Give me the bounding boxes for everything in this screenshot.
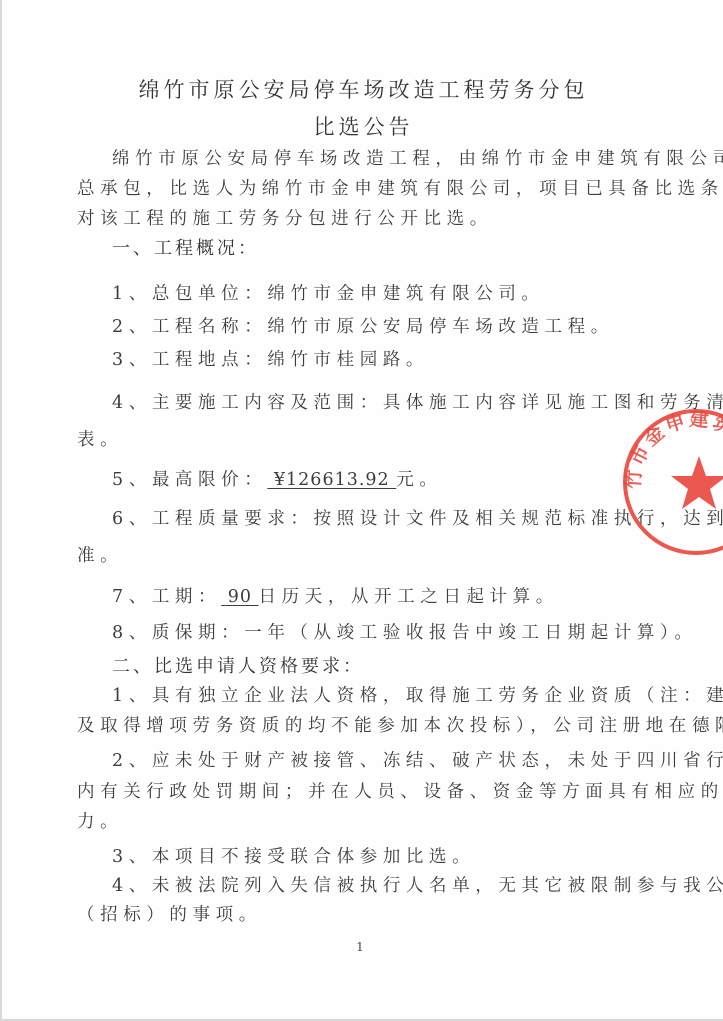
list-item: 8、质保期：一年（从竣工验收报告中竣工日期起计算）。 xyxy=(112,622,687,644)
document-title-line2: 比选公告 xyxy=(2,111,723,141)
max-price-value: ¥126613.92 xyxy=(267,470,396,490)
list-item-continuation: 及取得增项劳务资质的均不能参加本次投标），公司注册地在德阳市境内。 xyxy=(77,715,652,737)
page-number: 1 xyxy=(352,940,368,954)
duration-unit: 日历天，从开工之日起计算。 xyxy=(259,587,559,607)
list-item-duration: 7、工期： 90 日历天，从开工之日起计算。 xyxy=(112,586,687,608)
document-page: 绵竹市原公安局停车场改造工程劳务分包 比选公告 绵竹市原公安局停车场改造工程，由… xyxy=(0,0,723,1021)
duration-label: 7、工期： xyxy=(112,587,221,607)
list-item: 3、本项目不接受联合体参加比选。 xyxy=(112,846,687,868)
list-item: 1、具有独立企业法人资格，取得施工劳务企业资质（注：建筑公司 xyxy=(112,685,687,707)
list-item-continuation: 准。 xyxy=(77,545,652,567)
list-item: 4、未被法院列入失信被执行人名单，无其它被限制参与我公司比选 xyxy=(112,875,687,897)
intro-line: 对该工程的施工劳务分包进行公开比选。 xyxy=(77,208,652,230)
document-title-line1: 绵竹市原公安局停车场改造工程劳务分包 xyxy=(2,74,723,104)
max-price-unit: 元。 xyxy=(396,470,442,490)
intro-line: 绵竹市原公安局停车场改造工程，由绵竹市金申建筑有限公司施工 xyxy=(112,148,687,170)
list-item: 3、工程地点：绵竹市桂园路。 xyxy=(112,349,687,371)
duration-value: 90 xyxy=(221,587,258,607)
list-item-max-price: 5、最高限价： ¥126613.92 元。 xyxy=(112,469,687,491)
list-item: 2、工程名称：绵竹市原公安局停车场改造工程。 xyxy=(112,316,687,338)
list-item-continuation: 内有关行政处罚期间；并在人员、设备、资金等方面具有相应的施工能 xyxy=(77,781,652,803)
section-heading: 一、工程概况： xyxy=(112,238,687,260)
list-item: 6、工程质量要求：按照设计文件及相关规范标准执行，达到合格标 xyxy=(112,508,687,530)
list-item-continuation: （招标）的事项。 xyxy=(77,904,652,926)
list-item-continuation: 表。 xyxy=(77,429,652,451)
company-seal: 竹市金申建筑有限公司绵 xyxy=(622,408,723,556)
seal-graphic: 竹市金申建筑有限公司绵 xyxy=(622,408,723,556)
max-price-label: 5、最高限价： xyxy=(112,470,267,490)
intro-line: 总承包，比选人为绵竹市金申建筑有限公司，项目已具备比选条件，现 xyxy=(77,178,652,200)
list-item: 1、总包单位：绵竹市金申建筑有限公司。 xyxy=(112,283,687,305)
section-heading: 二、比选申请人资格要求： xyxy=(112,656,687,678)
star-icon xyxy=(671,456,723,509)
list-item: 2、应未处于财产被接管、冻结、破产状态，未处于四川省行政区域 xyxy=(112,750,687,772)
list-item: 4、主要施工内容及范围：具体施工内容详见施工图和劳务清单报价 xyxy=(112,392,687,414)
list-item-continuation: 力。 xyxy=(77,811,652,833)
